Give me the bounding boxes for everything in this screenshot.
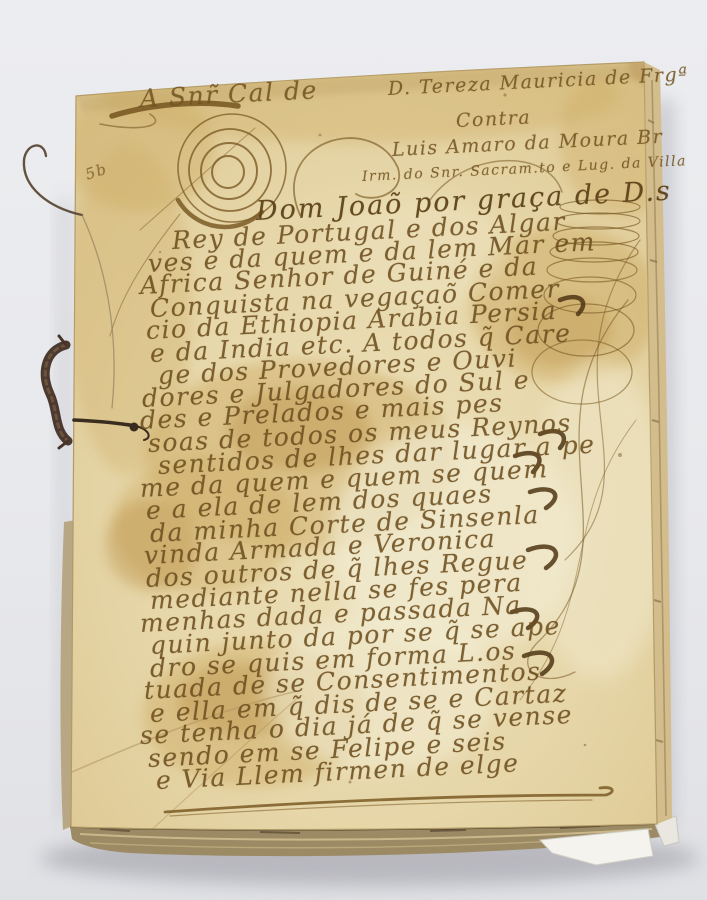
photograph: A Snr̃ Cal de D. Tereza Mauricia de Frgª… (0, 0, 707, 900)
manuscript-artwork (0, 0, 707, 900)
loose-thread (24, 145, 82, 215)
